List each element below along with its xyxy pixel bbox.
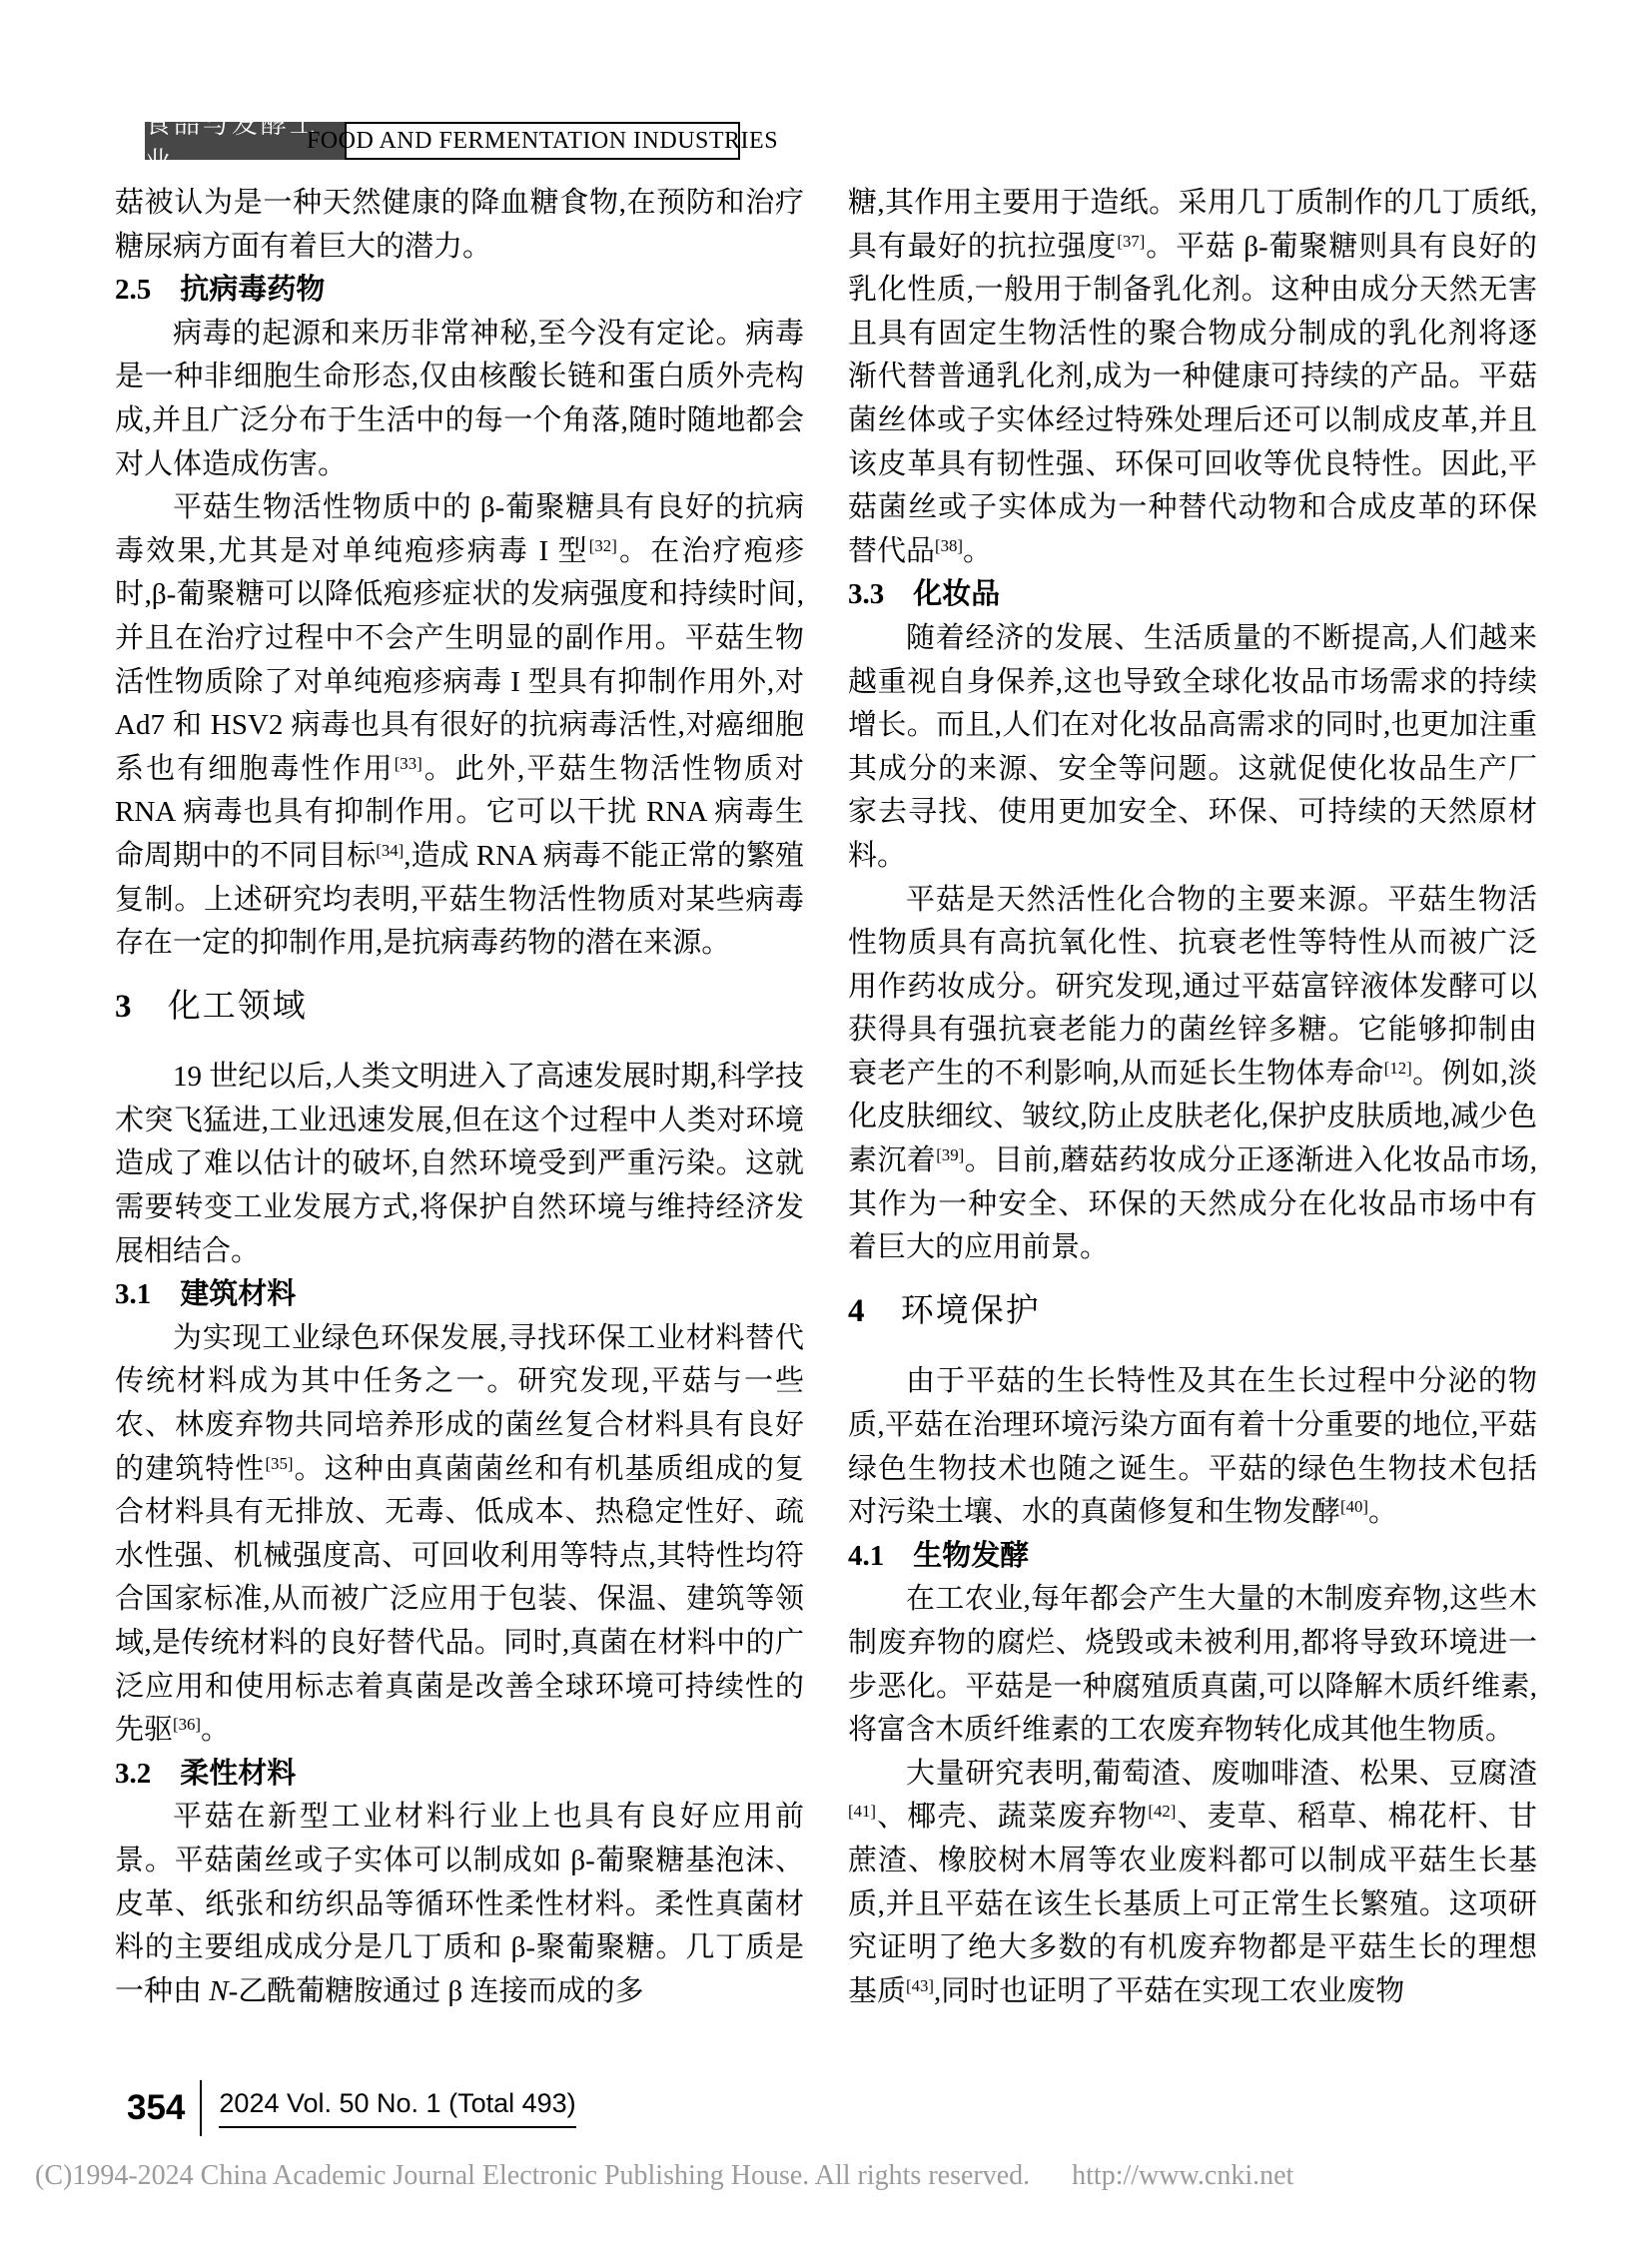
section-title: 生物发酵 bbox=[913, 1540, 1029, 1572]
citation-marker: [36] bbox=[173, 1715, 201, 1734]
page-footer: 354 2024 Vol. 50 No. 1 (Total 493) bbox=[127, 2079, 576, 2137]
copyright-text: (C)1994-2024 China Academic Journal Elec… bbox=[35, 2160, 1030, 2191]
section-title: 柔性材料 bbox=[180, 1758, 296, 1790]
section-number: 2.5 bbox=[115, 274, 151, 306]
citation-marker: [35] bbox=[265, 1454, 293, 1473]
section-title: 环境保护 bbox=[901, 1291, 1041, 1328]
section-number: 3 bbox=[115, 989, 132, 1025]
section-number: 3.1 bbox=[115, 1278, 151, 1310]
section-title: 建筑材料 bbox=[180, 1278, 296, 1310]
copyright-url: http://www.cnki.net bbox=[1072, 2160, 1293, 2191]
citation-marker: [34] bbox=[376, 841, 404, 860]
citation-marker: [12] bbox=[1384, 1059, 1412, 1078]
journal-title-en: FOOD AND FERMENTATION INDUSTRIES bbox=[345, 122, 740, 160]
footer-divider bbox=[200, 2080, 202, 2136]
citation-marker: [33] bbox=[395, 754, 422, 773]
paragraph: 为实现工业绿色环保发展,寻找环保工业材料替代传统材料成为其中任务之一。研究发现,… bbox=[115, 1317, 804, 1753]
paragraph: 随着经济的发展、生活质量的不断提高,人们越来越重视自身保养,这也导致全球化妆品市… bbox=[848, 617, 1537, 879]
paragraph: 平菇是天然活性化合物的主要来源。平菇生物活性物质具有高抗氧化性、抗衰老性等特性从… bbox=[848, 879, 1537, 1270]
paragraph: 病毒的起源和来历非常神秘,至今没有定论。病毒是一种非细胞生命形态,仅由核酸长链和… bbox=[115, 313, 804, 486]
section-number: 4 bbox=[848, 1293, 865, 1329]
section-number: 3.2 bbox=[115, 1758, 151, 1790]
section-heading: 2.5抗病毒药物 bbox=[115, 269, 804, 313]
paragraph: 菇被认为是一种天然健康的降血糖食物,在预防和治疗糖尿病方面有着巨大的潜力。 bbox=[115, 182, 804, 269]
section-heading: 4环境保护 bbox=[848, 1288, 1537, 1334]
citation-marker: [39] bbox=[936, 1145, 964, 1164]
paragraph: 平菇在新型工业材料行业上也具有良好应用前景。平菇菌丝或子实体可以制成如 β-葡聚… bbox=[115, 1796, 804, 2013]
section-heading: 3化工领域 bbox=[115, 984, 804, 1030]
paragraph: 由于平菇的生长特性及其在生长过程中分泌的物质,平菇在治理环境污染方面有着十分重要… bbox=[848, 1360, 1537, 1534]
section-title: 抗病毒药物 bbox=[180, 274, 325, 306]
section-heading: 3.1建筑材料 bbox=[115, 1273, 804, 1317]
article-body: 菇被认为是一种天然健康的降血糖食物,在预防和治疗糖尿病方面有着巨大的潜力。2.5… bbox=[115, 182, 1537, 2013]
paragraph: 大量研究表明,葡萄渣、废咖啡渣、松果、豆腐渣[41]、椰壳、蔬菜废弃物[42]、… bbox=[848, 1753, 1537, 2014]
citation-marker: [32] bbox=[589, 536, 617, 555]
issue-info: 2024 Vol. 50 No. 1 (Total 493) bbox=[219, 2088, 575, 2128]
section-number: 4.1 bbox=[848, 1540, 884, 1572]
paragraph: 平菇生物活性物质中的 β-葡聚糖具有良好的抗病毒效果,尤其是对单纯疱疹病毒 I … bbox=[115, 486, 804, 966]
citation-marker: [40] bbox=[1340, 1497, 1368, 1516]
citation-marker: [41] bbox=[848, 1802, 876, 1821]
citation-marker: [42] bbox=[1148, 1802, 1176, 1821]
section-heading: 3.2柔性材料 bbox=[115, 1753, 804, 1797]
paragraph: 糖,其作用主要用于造纸。采用几丁质制作的几丁质纸,具有最好的抗拉强度[37]。平… bbox=[848, 182, 1537, 573]
section-heading: 4.1生物发酵 bbox=[848, 1535, 1537, 1579]
section-title: 化妆品 bbox=[913, 578, 1000, 610]
copyright-line: (C)1994-2024 China Academic Journal Elec… bbox=[35, 2160, 1613, 2192]
page-number: 354 bbox=[127, 2088, 185, 2128]
section-number: 3.3 bbox=[848, 578, 884, 610]
citation-marker: [37] bbox=[1117, 232, 1145, 251]
section-heading: 3.3化妆品 bbox=[848, 573, 1537, 617]
left-column: 菇被认为是一种天然健康的降血糖食物,在预防和治疗糖尿病方面有着巨大的潜力。2.5… bbox=[115, 182, 804, 2013]
journal-page: 食品与发酵工业 FOOD AND FERMENTATION INDUSTRIES… bbox=[0, 0, 1652, 2241]
journal-header: 食品与发酵工业 FOOD AND FERMENTATION INDUSTRIES bbox=[145, 122, 740, 160]
italic-text: N bbox=[209, 1975, 228, 2007]
citation-marker: [38] bbox=[935, 536, 963, 555]
section-title: 化工领域 bbox=[168, 987, 308, 1024]
paragraph: 在工农业,每年都会产生大量的木制废弃物,这些木制废弃物的腐烂、烧毁或未被利用,都… bbox=[848, 1578, 1537, 1752]
citation-marker: [43] bbox=[906, 1976, 934, 1995]
paragraph: 19 世纪以后,人类文明进入了高速发展时期,科学技术突飞猛进,工业迅速发展,但在… bbox=[115, 1056, 804, 1273]
right-column: 糖,其作用主要用于造纸。采用几丁质制作的几丁质纸,具有最好的抗拉强度[37]。平… bbox=[848, 182, 1537, 2013]
